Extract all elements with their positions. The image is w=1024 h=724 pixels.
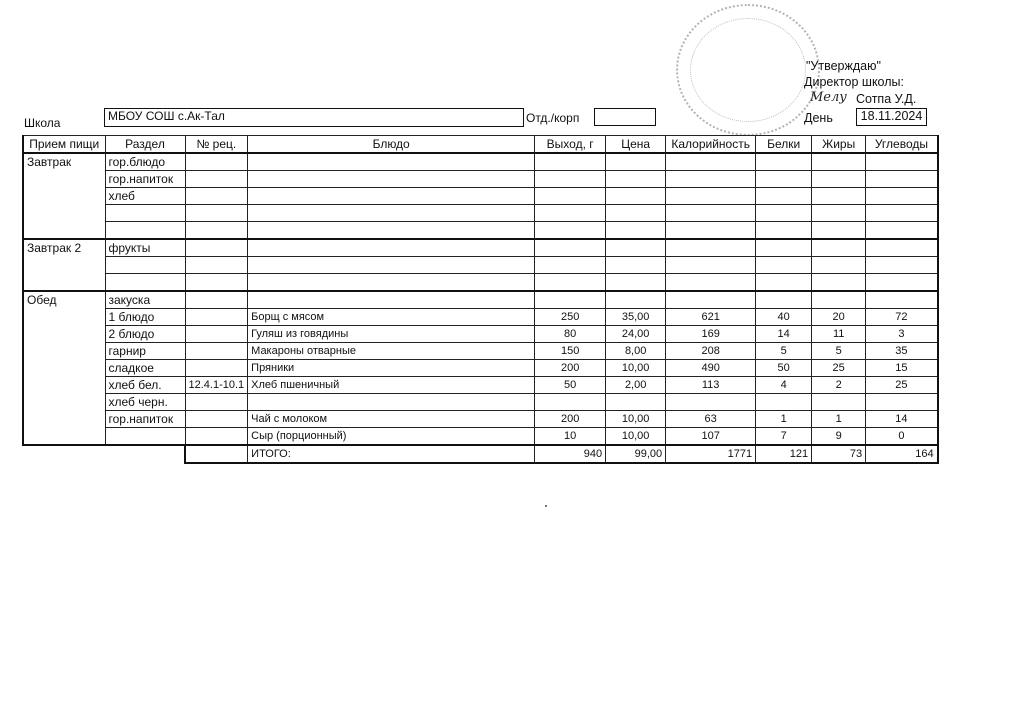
cell-carbs bbox=[866, 257, 938, 274]
table-row: Сыр (порционный)1010,00107790 bbox=[23, 428, 938, 446]
cell-protein: 40 bbox=[756, 309, 812, 326]
cell-section: закуска bbox=[105, 291, 185, 309]
cell-weight bbox=[535, 257, 606, 274]
table-row: 1 блюдоБорщ с мясом25035,00621402072 bbox=[23, 309, 938, 326]
cell-dish bbox=[248, 222, 535, 240]
cell-recipe bbox=[185, 394, 248, 411]
cell-price bbox=[606, 222, 666, 240]
cell-carbs bbox=[866, 153, 938, 171]
cell-dish bbox=[248, 205, 535, 222]
cell-carbs bbox=[866, 171, 938, 188]
total-recipe-cell bbox=[185, 445, 248, 463]
school-seal-stamp bbox=[676, 4, 820, 136]
cell-calories: 208 bbox=[666, 343, 756, 360]
cell-price bbox=[606, 257, 666, 274]
table-row bbox=[23, 222, 938, 240]
cell-dish bbox=[248, 171, 535, 188]
col-header-dish: Блюдо bbox=[248, 136, 535, 154]
scan-speck bbox=[545, 505, 547, 507]
cell-price: 10,00 bbox=[606, 411, 666, 428]
cell-dish: Борщ с мясом bbox=[248, 309, 535, 326]
cell-section: гор.напиток bbox=[105, 171, 185, 188]
cell-calories: 490 bbox=[666, 360, 756, 377]
cell-calories bbox=[666, 222, 756, 240]
table-row: Завтрак 2фрукты bbox=[23, 239, 938, 257]
cell-dish bbox=[248, 257, 535, 274]
cell-weight: 200 bbox=[535, 411, 606, 428]
cell-carbs: 3 bbox=[866, 326, 938, 343]
cell-calories bbox=[666, 188, 756, 205]
cell-carbs bbox=[866, 394, 938, 411]
cell-fat bbox=[812, 205, 866, 222]
cell-carbs: 15 bbox=[866, 360, 938, 377]
cell-price: 2,00 bbox=[606, 377, 666, 394]
table-row: Обедзакуска bbox=[23, 291, 938, 309]
table-row bbox=[23, 274, 938, 292]
cell-section: сладкое bbox=[105, 360, 185, 377]
cell-protein: 1 bbox=[756, 411, 812, 428]
cell-carbs: 0 bbox=[866, 428, 938, 446]
cell-recipe bbox=[185, 309, 248, 326]
table-header-row: Прием пищи Раздел № рец. Блюдо Выход, г … bbox=[23, 136, 938, 154]
cell-dish: Чай с молоком bbox=[248, 411, 535, 428]
cell-protein: 4 bbox=[756, 377, 812, 394]
cell-fat bbox=[812, 171, 866, 188]
cell-protein bbox=[756, 222, 812, 240]
cell-recipe bbox=[185, 291, 248, 309]
cell-dish bbox=[248, 291, 535, 309]
cell-calories: 107 bbox=[666, 428, 756, 446]
col-header-price: Цена bbox=[606, 136, 666, 154]
cell-dish: Сыр (порционный) bbox=[248, 428, 535, 446]
cell-meal: Завтрак 2 bbox=[23, 239, 105, 291]
cell-fat bbox=[812, 257, 866, 274]
cell-fat bbox=[812, 239, 866, 257]
cell-price bbox=[606, 205, 666, 222]
cell-recipe bbox=[185, 153, 248, 171]
cell-weight: 150 bbox=[535, 343, 606, 360]
cell-recipe bbox=[185, 343, 248, 360]
cell-section: 2 блюдо bbox=[105, 326, 185, 343]
cell-protein bbox=[756, 239, 812, 257]
cell-weight: 200 bbox=[535, 360, 606, 377]
cell-weight bbox=[535, 171, 606, 188]
department-label: Отд./корп bbox=[526, 111, 579, 125]
cell-fat: 11 bbox=[812, 326, 866, 343]
cell-dish bbox=[248, 274, 535, 292]
cell-fat bbox=[812, 188, 866, 205]
department-field[interactable] bbox=[594, 108, 656, 126]
cell-calories: 63 bbox=[666, 411, 756, 428]
cell-protein bbox=[756, 291, 812, 309]
cell-weight bbox=[535, 239, 606, 257]
cell-recipe bbox=[185, 428, 248, 446]
table-row: Завтракгор.блюдо bbox=[23, 153, 938, 171]
cell-price bbox=[606, 394, 666, 411]
table-row: гарнирМакароны отварные1508,002085535 bbox=[23, 343, 938, 360]
cell-calories bbox=[666, 257, 756, 274]
cell-weight: 50 bbox=[535, 377, 606, 394]
total-spacer bbox=[23, 445, 185, 463]
cell-carbs bbox=[866, 239, 938, 257]
cell-fat: 5 bbox=[812, 343, 866, 360]
table-row: 2 блюдоГуляш из говядины8024,0016914113 bbox=[23, 326, 938, 343]
cell-recipe bbox=[185, 171, 248, 188]
cell-weight bbox=[535, 153, 606, 171]
cell-section: хлеб черн. bbox=[105, 394, 185, 411]
cell-recipe bbox=[185, 257, 248, 274]
table-row: хлеб черн. bbox=[23, 394, 938, 411]
table-row bbox=[23, 205, 938, 222]
cell-fat bbox=[812, 153, 866, 171]
cell-weight: 10 bbox=[535, 428, 606, 446]
cell-price: 10,00 bbox=[606, 360, 666, 377]
cell-protein bbox=[756, 153, 812, 171]
cell-dish bbox=[248, 188, 535, 205]
cell-calories bbox=[666, 239, 756, 257]
cell-calories: 621 bbox=[666, 309, 756, 326]
col-header-protein: Белки bbox=[756, 136, 812, 154]
cell-carbs bbox=[866, 222, 938, 240]
cell-carbs: 35 bbox=[866, 343, 938, 360]
col-header-weight: Выход, г bbox=[535, 136, 606, 154]
cell-section bbox=[105, 428, 185, 446]
menu-table: Прием пищи Раздел № рец. Блюдо Выход, г … bbox=[22, 135, 939, 464]
cell-section: 1 блюдо bbox=[105, 309, 185, 326]
cell-carbs bbox=[866, 188, 938, 205]
cell-dish bbox=[248, 153, 535, 171]
cell-fat: 9 bbox=[812, 428, 866, 446]
cell-weight bbox=[535, 291, 606, 309]
cell-price: 10,00 bbox=[606, 428, 666, 446]
cell-recipe bbox=[185, 326, 248, 343]
cell-carbs: 72 bbox=[866, 309, 938, 326]
cell-fat bbox=[812, 274, 866, 292]
cell-section bbox=[105, 205, 185, 222]
cell-protein bbox=[756, 205, 812, 222]
total-weight: 940 bbox=[535, 445, 606, 463]
cell-dish bbox=[248, 239, 535, 257]
cell-meal: Завтрак bbox=[23, 153, 105, 239]
cell-recipe bbox=[185, 205, 248, 222]
cell-weight bbox=[535, 274, 606, 292]
table-row bbox=[23, 257, 938, 274]
col-header-recipe: № рец. bbox=[185, 136, 248, 154]
cell-section: хлеб bbox=[105, 188, 185, 205]
total-calories: 1771 bbox=[666, 445, 756, 463]
cell-carbs bbox=[866, 205, 938, 222]
cell-dish: Хлеб пшеничный bbox=[248, 377, 535, 394]
cell-price bbox=[606, 291, 666, 309]
cell-dish bbox=[248, 394, 535, 411]
cell-calories bbox=[666, 274, 756, 292]
cell-calories bbox=[666, 291, 756, 309]
cell-protein bbox=[756, 394, 812, 411]
approval-position: Директор школы: bbox=[804, 74, 904, 90]
cell-fat: 2 bbox=[812, 377, 866, 394]
cell-protein bbox=[756, 257, 812, 274]
cell-fat: 25 bbox=[812, 360, 866, 377]
col-header-section: Раздел bbox=[105, 136, 185, 154]
col-header-meal: Прием пищи bbox=[23, 136, 105, 154]
cell-recipe: 12.4.1-10.1 bbox=[185, 377, 248, 394]
day-label: День bbox=[804, 110, 833, 126]
cell-fat: 20 bbox=[812, 309, 866, 326]
cell-protein bbox=[756, 274, 812, 292]
cell-recipe bbox=[185, 411, 248, 428]
cell-section: гор.напиток bbox=[105, 411, 185, 428]
cell-calories bbox=[666, 205, 756, 222]
table-row: хлеб бел.12.4.1-10.1Хлеб пшеничный502,00… bbox=[23, 377, 938, 394]
director-signature: Мелу bbox=[810, 90, 847, 105]
cell-protein bbox=[756, 171, 812, 188]
approval-title: "Утверждаю" bbox=[806, 58, 881, 74]
total-row: ИТОГО:94099,00177112173164 bbox=[23, 445, 938, 463]
cell-price bbox=[606, 153, 666, 171]
cell-weight bbox=[535, 222, 606, 240]
cell-price bbox=[606, 239, 666, 257]
col-header-fat: Жиры bbox=[812, 136, 866, 154]
table-row: хлеб bbox=[23, 188, 938, 205]
cell-price: 35,00 bbox=[606, 309, 666, 326]
cell-carbs: 14 bbox=[866, 411, 938, 428]
table-row: сладкоеПряники20010,00490502515 bbox=[23, 360, 938, 377]
cell-protein: 5 bbox=[756, 343, 812, 360]
cell-weight: 80 bbox=[535, 326, 606, 343]
cell-carbs: 25 bbox=[866, 377, 938, 394]
cell-fat bbox=[812, 394, 866, 411]
cell-recipe bbox=[185, 188, 248, 205]
cell-calories bbox=[666, 394, 756, 411]
cell-protein: 14 bbox=[756, 326, 812, 343]
cell-section: фрукты bbox=[105, 239, 185, 257]
cell-weight bbox=[535, 188, 606, 205]
school-field[interactable]: МБОУ СОШ с.Ак-Тал bbox=[104, 108, 524, 127]
col-header-calories: Калорийность bbox=[666, 136, 756, 154]
cell-dish: Пряники bbox=[248, 360, 535, 377]
cell-protein bbox=[756, 188, 812, 205]
cell-fat bbox=[812, 222, 866, 240]
cell-dish: Гуляш из говядины bbox=[248, 326, 535, 343]
cell-price: 8,00 bbox=[606, 343, 666, 360]
cell-calories bbox=[666, 153, 756, 171]
cell-calories bbox=[666, 171, 756, 188]
cell-price: 24,00 bbox=[606, 326, 666, 343]
cell-recipe bbox=[185, 222, 248, 240]
table-row: гор.напитокЧай с молоком20010,00631114 bbox=[23, 411, 938, 428]
cell-calories: 113 bbox=[666, 377, 756, 394]
cell-carbs bbox=[866, 291, 938, 309]
total-carbs: 164 bbox=[866, 445, 938, 463]
cell-section: хлеб бел. bbox=[105, 377, 185, 394]
cell-section: гарнир bbox=[105, 343, 185, 360]
total-protein: 121 bbox=[756, 445, 812, 463]
cell-recipe bbox=[185, 360, 248, 377]
cell-section bbox=[105, 274, 185, 292]
cell-meal: Обед bbox=[23, 291, 105, 445]
cell-recipe bbox=[185, 239, 248, 257]
total-price: 99,00 bbox=[606, 445, 666, 463]
cell-recipe bbox=[185, 274, 248, 292]
cell-protein: 7 bbox=[756, 428, 812, 446]
cell-price bbox=[606, 274, 666, 292]
cell-weight bbox=[535, 205, 606, 222]
cell-section: гор.блюдо bbox=[105, 153, 185, 171]
cell-price bbox=[606, 171, 666, 188]
cell-weight: 250 bbox=[535, 309, 606, 326]
cell-dish: Макароны отварные bbox=[248, 343, 535, 360]
col-header-carbs: Углеводы bbox=[866, 136, 938, 154]
cell-protein: 50 bbox=[756, 360, 812, 377]
total-label: ИТОГО: bbox=[248, 445, 535, 463]
day-field[interactable]: 18.11.2024 bbox=[856, 108, 927, 126]
director-name: Сотпа У.Д. bbox=[856, 91, 916, 107]
cell-carbs bbox=[866, 274, 938, 292]
table-row: гор.напиток bbox=[23, 171, 938, 188]
cell-fat: 1 bbox=[812, 411, 866, 428]
cell-weight bbox=[535, 394, 606, 411]
cell-price bbox=[606, 188, 666, 205]
cell-section bbox=[105, 222, 185, 240]
total-fat: 73 bbox=[812, 445, 866, 463]
cell-section bbox=[105, 257, 185, 274]
cell-fat bbox=[812, 291, 866, 309]
school-label: Школа bbox=[24, 116, 60, 130]
cell-calories: 169 bbox=[666, 326, 756, 343]
